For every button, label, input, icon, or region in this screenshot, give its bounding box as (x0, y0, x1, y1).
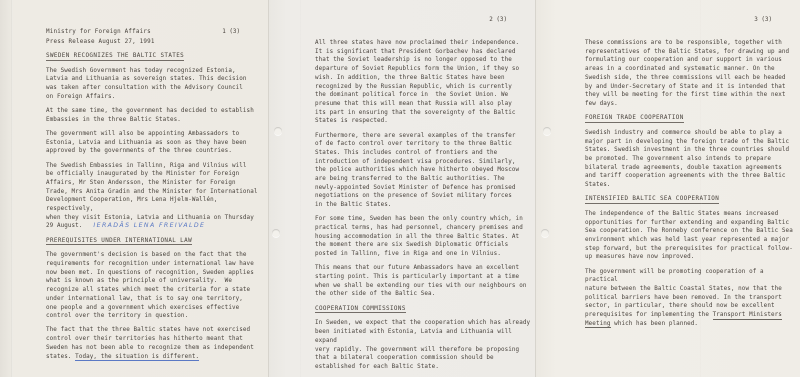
press-release-line: Press Release August 27, 1991 (46, 38, 155, 48)
text-run: All three states have now proclaimed the… (315, 40, 519, 124)
page-number: 1 (3) (222, 28, 264, 38)
text-run: At the same time, the government has dec… (46, 108, 254, 123)
section-heading: COOPERATION COMMISSIONS (315, 305, 533, 314)
scanned-page-1: Ministry for Foreign Affairs Press Relea… (0, 0, 268, 377)
paragraph: The government will be promoting coopera… (585, 268, 798, 329)
paragraph: The fact that the three Baltic states ha… (46, 326, 264, 361)
paragraph: At the same time, the government has dec… (46, 107, 264, 124)
text-run: The government will be promoting coopera… (585, 269, 782, 319)
scanned-page-3: 3 (3) These commissions are to be respon… (535, 0, 800, 377)
scanned-press-release: Ministry for Foreign Affairs Press Relea… (0, 0, 800, 377)
paragraph: The Swedish Government has today recogni… (46, 67, 264, 102)
paragraph: All three states have now proclaimed the… (315, 39, 533, 126)
pen-underlined-sentence: Today, the situation is different. (75, 354, 199, 362)
section-heading: FOREIGN TRADE COOPERATION (585, 114, 798, 123)
paragraph: In Sweden, we expect that the cooperatio… (315, 319, 533, 371)
paragraph: For some time, Sweden has been the only … (315, 215, 533, 259)
paragraph: These commissions are to be responsible,… (585, 39, 798, 109)
text-run: SWEDEN RECOGNIZES THE BALTIC STATES (46, 53, 184, 61)
text-run: The government's decision is based on th… (46, 252, 254, 319)
text-run: Swedish industry and commerce should be … (585, 130, 789, 188)
scanned-page-2: 2 (3) All three states have now proclaim… (268, 0, 535, 377)
punch-hole (272, 229, 280, 237)
paragraph: Swedish industry and commerce should be … (585, 129, 798, 190)
section-heading: SWEDEN RECOGNIZES THE BALTIC STATES (46, 52, 264, 61)
text-run: This means that our future Ambassadors h… (315, 265, 527, 297)
text-run: The Swedish Embassies in Tallinn, Riga a… (46, 163, 258, 230)
section-heading: INTENSIFIED BALTIC SEA COOPERATION (585, 195, 798, 204)
page-number: 3 (3) (585, 16, 798, 25)
paragraph: The independence of the Baltic States me… (585, 210, 798, 262)
text-run: The independence of the Baltic States me… (585, 211, 793, 261)
text-run: which has been planned. (611, 321, 699, 327)
handwritten-note: IERADĀS LENA FREIVALDE (93, 222, 205, 229)
punch-hole (541, 229, 549, 237)
punch-hole (274, 127, 282, 135)
paragraph: This means that our future Ambassadors h… (315, 264, 533, 299)
page1-body: SWEDEN RECOGNIZES THE BALTIC STATESThe S… (46, 52, 264, 361)
text-run: The Swedish Government has today recogni… (46, 68, 247, 100)
text-run: These commissions are to be responsible,… (585, 40, 789, 107)
text-run: PREREQUISITES UNDER INTERNATIONAL LAW (46, 238, 192, 246)
paragraph: The Swedish Embassies in Tallinn, Riga a… (46, 162, 264, 232)
page-number: 2 (3) (315, 16, 533, 25)
text-run: COOPERATION COMMISSIONS (315, 306, 406, 314)
paragraph: The government will also be appointing A… (46, 130, 264, 156)
text-run: Furthermore, there are several examples … (315, 133, 519, 209)
ministry-line: Ministry for Foreign Affairs (46, 28, 155, 38)
punch-hole (543, 127, 551, 135)
text-run: INTENSIFIED BALTIC SEA COOPERATION (585, 196, 719, 204)
section-heading: PREREQUISITES UNDER INTERNATIONAL LAW (46, 237, 264, 246)
text-run: For some time, Sweden has been the only … (315, 216, 523, 257)
paragraph: Furthermore, there are several examples … (315, 132, 533, 210)
page2-body: All three states have now proclaimed the… (315, 39, 533, 372)
page1-header: Ministry for Foreign Affairs Press Relea… (46, 28, 264, 47)
text-run: FOREIGN TRADE COOPERATION (585, 115, 684, 123)
paragraph: The government's decision is based on th… (46, 251, 264, 321)
page3-body: These commissions are to be responsible,… (585, 39, 798, 329)
text-run: In Sweden, we expect that the cooperatio… (315, 320, 530, 370)
text-run: The government will also be appointing A… (46, 131, 247, 154)
